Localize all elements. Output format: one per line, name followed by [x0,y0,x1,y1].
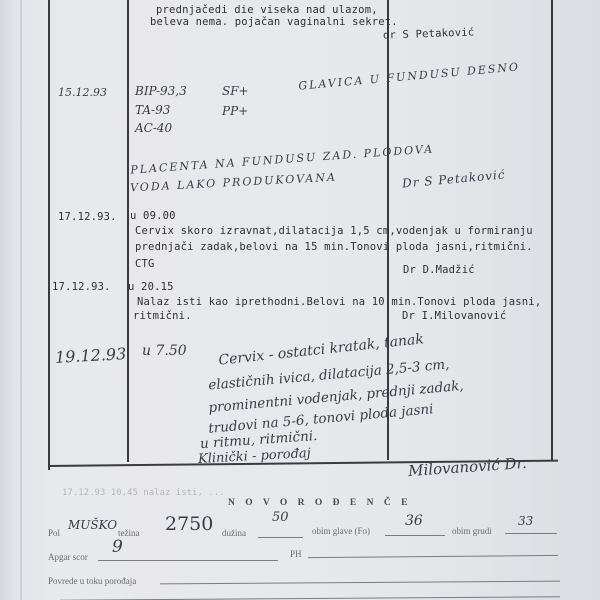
entry-time: u 09.00 [130,210,176,222]
entry-note-line: prednjači zadak,belovi na 15 min.Tonovi … [135,241,533,253]
field-value-length: 50 [272,510,289,525]
newborn-heading: N O V O R O Đ E N Č E [228,498,411,508]
field-label-chest: obim grudi [452,526,492,536]
table-border-right [551,0,553,460]
field-label-sex: Pol [48,528,60,538]
field-label-injuries: Povrede u toku porođaja [48,576,136,586]
field-label-length: dužina [222,528,246,538]
entry-note-line: CTG [135,258,155,270]
field-line-extra [60,596,560,600]
entry-date: 19.12.93 [55,344,127,367]
field-line-ph [308,555,558,558]
entry-date: 17.12.93. [58,211,117,223]
field-line-head [385,535,445,536]
field-line-apgar [98,560,278,561]
entry-vital: BIP-93,3 [135,84,187,98]
entry-time: u 20.15 [128,281,174,293]
field-label-apgar: Apgar scor [48,552,88,562]
entry-signature: Dr S Petaković [402,168,506,191]
field-line-length [258,537,303,538]
page-fold [20,0,22,600]
entry-note-line: Cervix skoro izravnat,dilatacija 1,5 cm,… [135,225,533,237]
field-line-injuries [160,581,560,585]
field-value-head: 36 [405,513,423,529]
entry-signature: Dr I.Milovanović [402,310,506,322]
field-label-ph: PH [290,549,302,559]
continuation-line-2: beleva nema. pojačan vaginalni sekret. [150,16,398,28]
field-value-weight: 2750 [165,513,213,535]
entry-note-line: Nalaz isti kao iprethodni.Belovi na 10 m… [137,296,541,308]
entry-signature: Milovanović Dr. [408,454,528,480]
entry-date: 17.12.93. [52,281,111,293]
table-border-left [48,0,50,470]
entry-note-line: PLACENTA NA FUNDUSU ZAD. PLODOVA [130,142,435,176]
entry-vital: AC-40 [135,121,172,135]
entry-time: u 7.50 [142,343,187,359]
entry-signature: Dr D.Madžić [403,264,475,276]
entry-note-line: ritmični. [133,310,192,322]
entry-note-line: GLAVICA U FUNDUSU DESNO [298,60,521,92]
field-value-chest: 33 [518,514,533,528]
continuation-line-1: prednjačedi die viseka nad ulazom, [156,4,378,16]
entry-date: 15.12.93 [58,86,107,99]
entry-mark: PP+ [222,104,248,118]
field-label-head: obim glave (Fo) [312,526,370,536]
faint-bleed-through-text: 17.12.93 10,45 nalaz isti, ... [62,488,225,498]
column-divider-date [127,0,129,462]
entry-vital: TA-93 [135,103,170,117]
document-page: prednjačedi die viseka nad ulazom, belev… [0,0,600,600]
entry-mark: SF+ [222,84,249,98]
field-line-chest [505,533,557,534]
field-value-sex: MUŠKO [68,518,117,532]
field-value-apgar: 9 [112,537,123,557]
signature-typed: dr S Petaković [383,26,475,41]
